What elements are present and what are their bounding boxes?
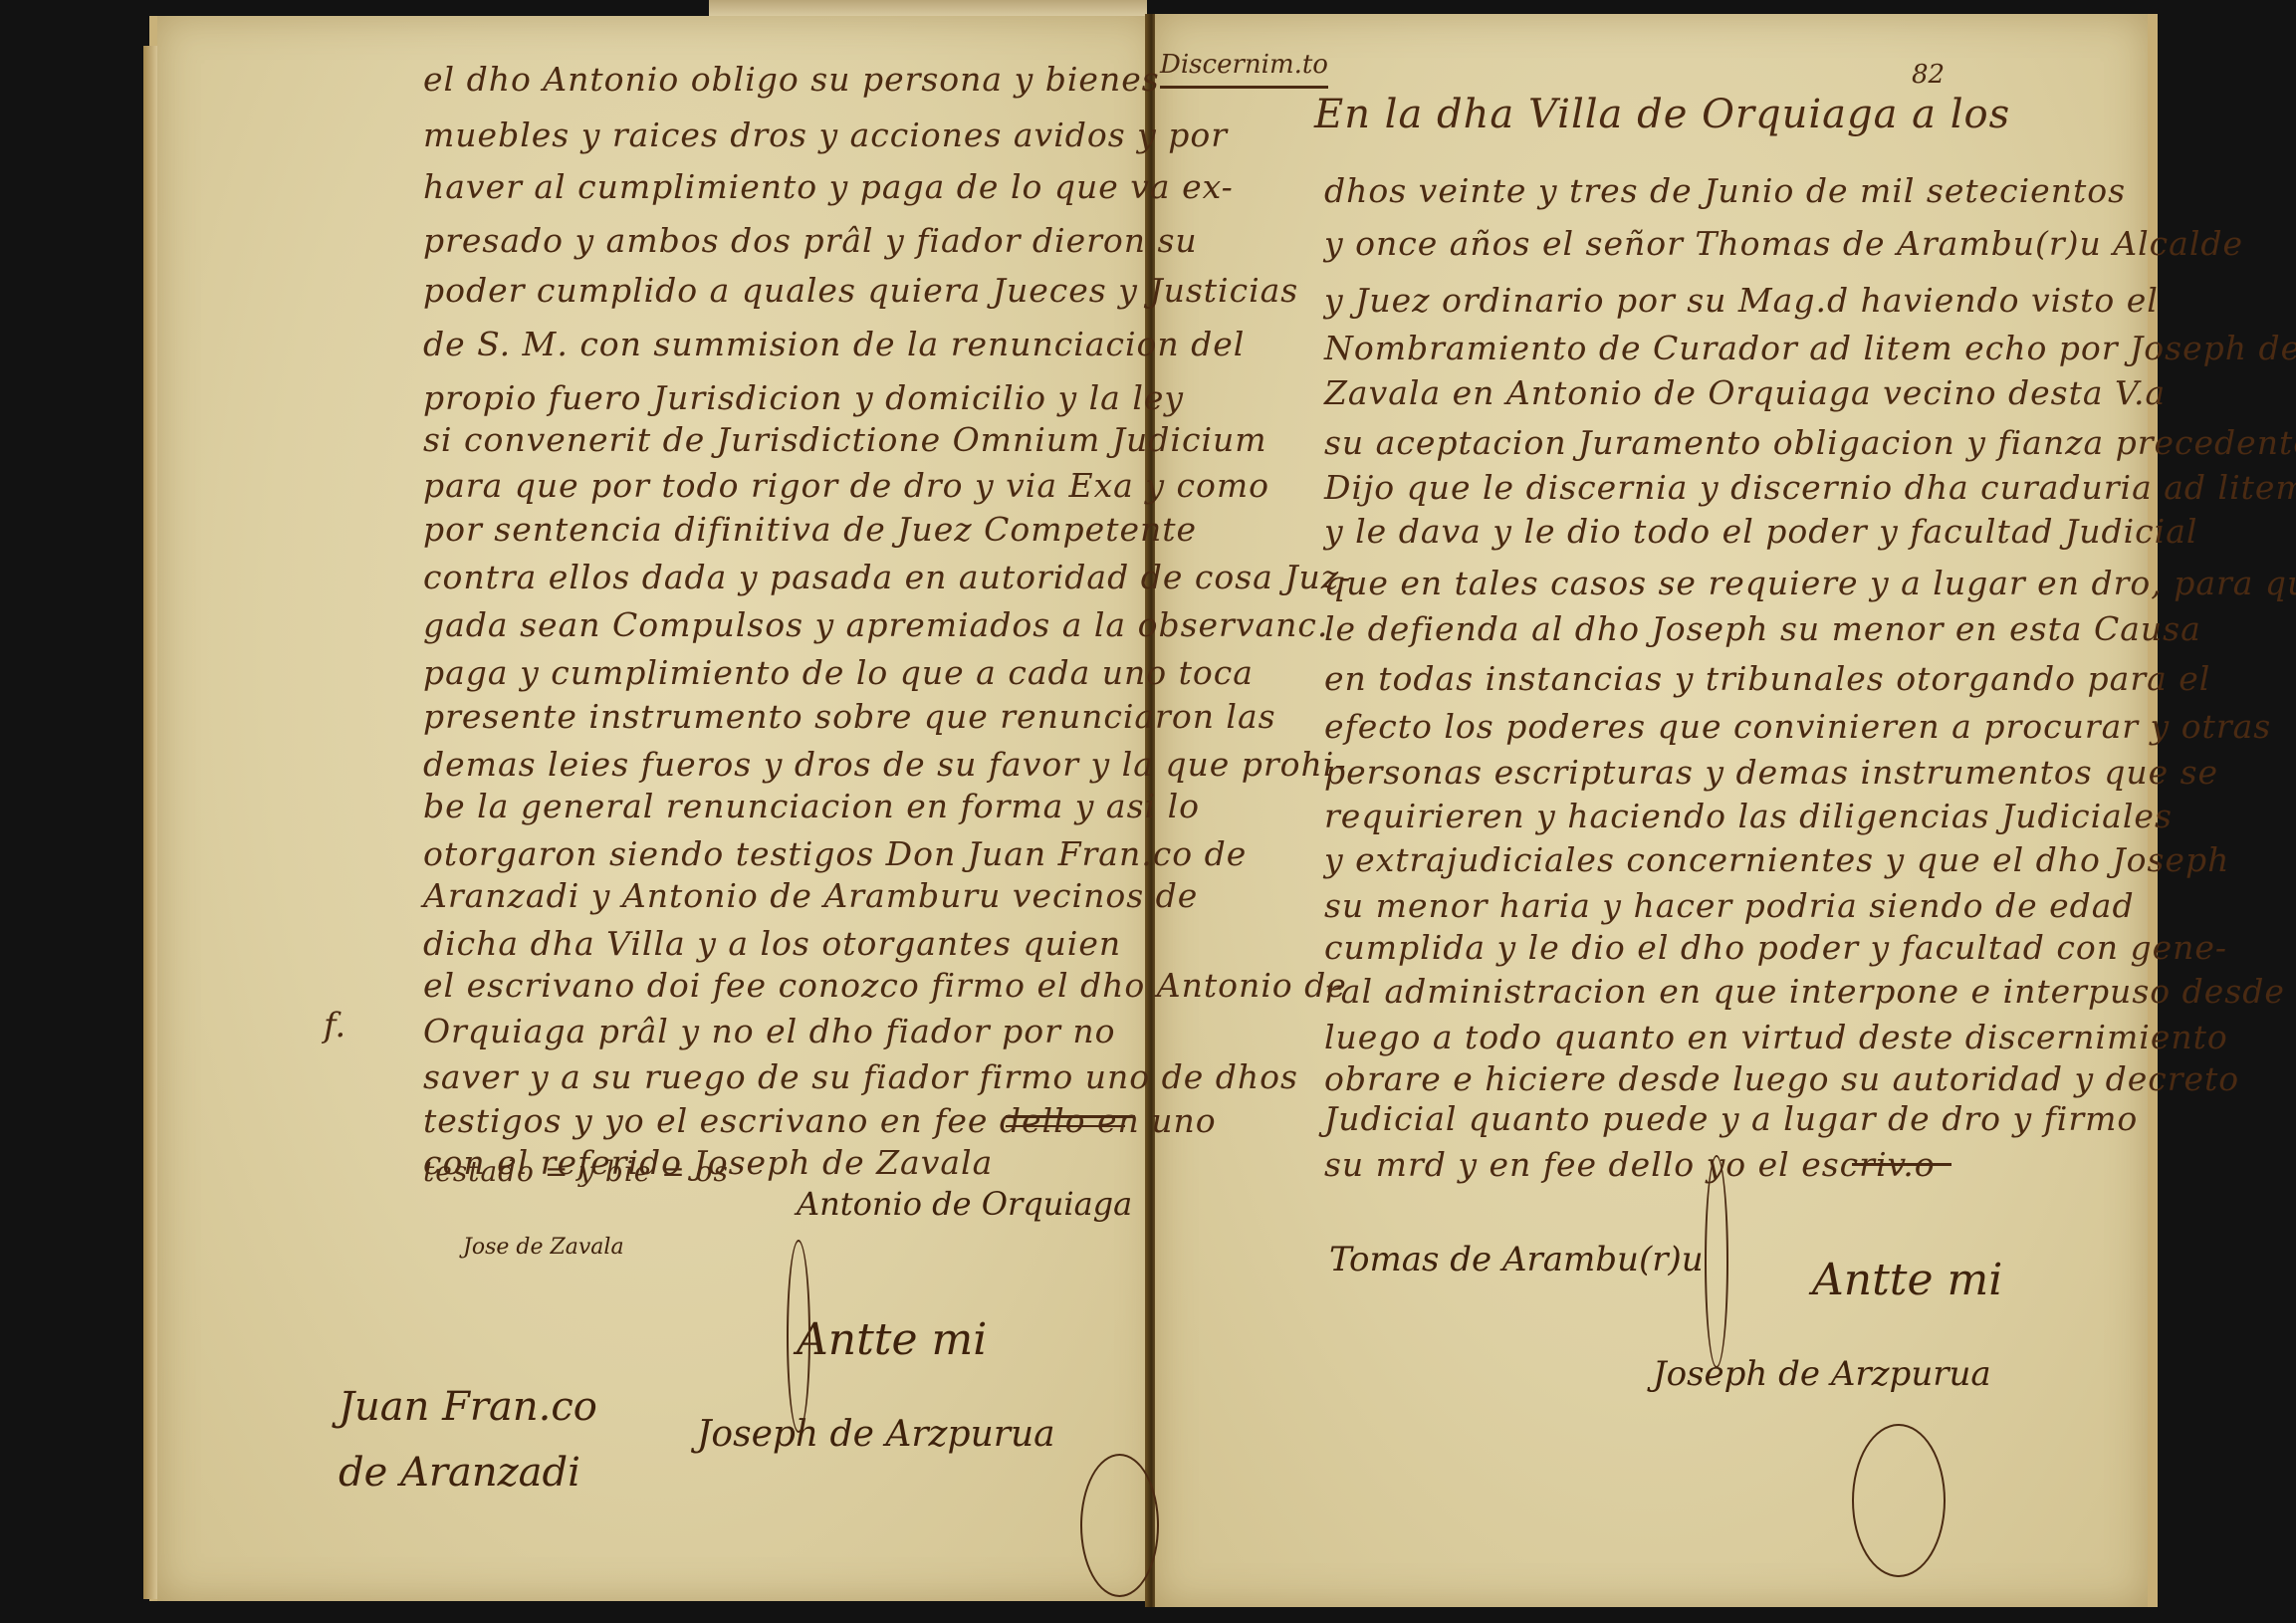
signature-joseph-arzpurua: Joseph de Arzpurua xyxy=(1653,1354,1991,1394)
text-line: el dho Antonio obligo su persona y biene… xyxy=(423,60,1160,99)
text-line: por sentencia difinitiva de Juez Compete… xyxy=(423,510,1197,549)
signature-joseph-arzpurua: Joseph de Arzpurua xyxy=(697,1414,1055,1455)
text-line: gada sean Compulsos y apremiados a la ob… xyxy=(423,605,1328,644)
text-line: su menor haria y hacer podria siendo de … xyxy=(1324,886,2135,925)
manuscript-spread: el dho Antonio obligo su persona y biene… xyxy=(0,0,2296,1623)
signature-antonio-orquiaga: Antonio de Orquiaga xyxy=(797,1185,1132,1223)
rubric-loop xyxy=(1080,1454,1159,1597)
text-line: personas escripturas y demas instrumento… xyxy=(1324,753,2218,792)
text-line: saver y a su ruego de su fiador firmo un… xyxy=(423,1057,1298,1096)
margin-note-discernimiento: Discernim.to xyxy=(1160,50,1328,89)
text-line: Zavala en Antonio de Orquiaga vecino des… xyxy=(1324,373,2166,412)
closing-rule xyxy=(1006,1125,1125,1127)
text-line: de S. M. con summision de la renunciacio… xyxy=(423,325,1245,363)
text-line: testigos y yo el escrivano en fee dello … xyxy=(423,1101,1217,1140)
text-line: Dijo que le discernia y discernio dha cu… xyxy=(1324,468,2296,507)
signature-antte-mi: Antte mi xyxy=(797,1314,987,1365)
text-line: y Juez ordinario por su Mag.d haviendo v… xyxy=(1324,281,2159,320)
text-line: que en tales casos se requiere y a lugar… xyxy=(1324,564,2296,602)
torn-paper-scrap xyxy=(709,0,1147,16)
signature-jose-zavala: Jose de Zavala xyxy=(463,1235,624,1260)
signature-aranzadi: Juan Fran.co de Aranzadi xyxy=(339,1374,597,1506)
text-line: muebles y raices dros y acciones avidos … xyxy=(423,116,1228,154)
text-line: otorgaron siendo testigos Don Juan Fran.… xyxy=(423,834,1247,873)
text-line: si convenerit de Jurisdictione Omnium Ju… xyxy=(423,420,1267,459)
text-line: contra ellos dada y pasada en autoridad … xyxy=(423,558,1351,596)
text-line: propio fuero Jurisdicion y domicilio y l… xyxy=(423,378,1184,417)
text-line: Nombramiento de Curador ad litem echo po… xyxy=(1324,329,2296,367)
text-line: le defienda al dho Joseph su menor en es… xyxy=(1324,609,2201,648)
signature-antte-mi: Antte mi xyxy=(1812,1255,2002,1305)
signature-tomas-arambu: Tomas de Arambu(r)u xyxy=(1329,1240,1704,1279)
text-line: dicha dha Villa y a los otorgantes quien xyxy=(423,924,1121,963)
text-line: demas leies fueros y dros de su favor y … xyxy=(423,745,1346,784)
text-line: su aceptacion Juramento obligacion y fia… xyxy=(1324,423,2296,462)
text-line: poder cumplido a quales quiera Jueces y … xyxy=(423,271,1298,310)
text-line-opening: En la dha Villa de Orquiaga a los xyxy=(1314,92,2010,137)
text-line: y le dava y le dio todo el poder y facul… xyxy=(1324,512,2197,551)
rubric-loop xyxy=(1852,1424,1946,1577)
text-line: presente instrumento sobre que renunciar… xyxy=(423,697,1276,736)
text-line: y extrajudiciales concernientes y que el… xyxy=(1324,840,2229,879)
text-line-testado: testado = y bie = os xyxy=(423,1155,729,1188)
text-line: efecto los poderes que convinieren a pro… xyxy=(1324,707,2271,746)
text-line: Judicial quanto puede y a lugar de dro y… xyxy=(1324,1099,2138,1138)
folio-number: 82 xyxy=(1912,60,1945,90)
text-line: Aranzadi y Antonio de Aramburu vecinos d… xyxy=(423,876,1198,915)
text-line: cumplida y le dio el dho poder y faculta… xyxy=(1324,928,2227,967)
rubric-stroke xyxy=(787,1240,810,1433)
margin-mark: f. xyxy=(324,1006,345,1045)
rubric-stroke xyxy=(1705,1155,1728,1368)
text-line: paga y cumplimiento de lo que a cada uno… xyxy=(423,653,1254,692)
text-line: haver al cumplimiento y paga de lo que v… xyxy=(423,167,1234,206)
text-line: su mrd y en fee dello yo el escriv.o xyxy=(1324,1145,1936,1184)
text-line: Orquiaga prâl y no el dho fiador por no xyxy=(423,1012,1115,1050)
closing-rule xyxy=(1852,1163,1952,1166)
text-line: ral administracion en que interpone e in… xyxy=(1324,972,2285,1011)
text-line: be la general renunciacion en forma y as… xyxy=(423,787,1200,825)
text-line: y once años el señor Thomas de Arambu(r)… xyxy=(1324,224,2243,263)
text-line: en todas instancias y tribunales otorgan… xyxy=(1324,659,2210,698)
closing-rule xyxy=(1006,1115,1135,1118)
text-line: para que por todo rigor de dro y via Exa… xyxy=(423,466,1269,505)
text-line: dhos veinte y tres de Junio de mil setec… xyxy=(1324,171,2126,210)
text-line: luego a todo quanto en virtud deste disc… xyxy=(1324,1018,2228,1056)
text-line: presado y ambos dos prâl y fiador dieron… xyxy=(423,221,1198,260)
text-line: obrare e hiciere desde luego su autorida… xyxy=(1324,1059,2239,1098)
text-line: requirieren y haciendo las diligencias J… xyxy=(1324,797,2173,835)
text-line: el escrivano doi fee conozco firmo el dh… xyxy=(423,966,1347,1005)
